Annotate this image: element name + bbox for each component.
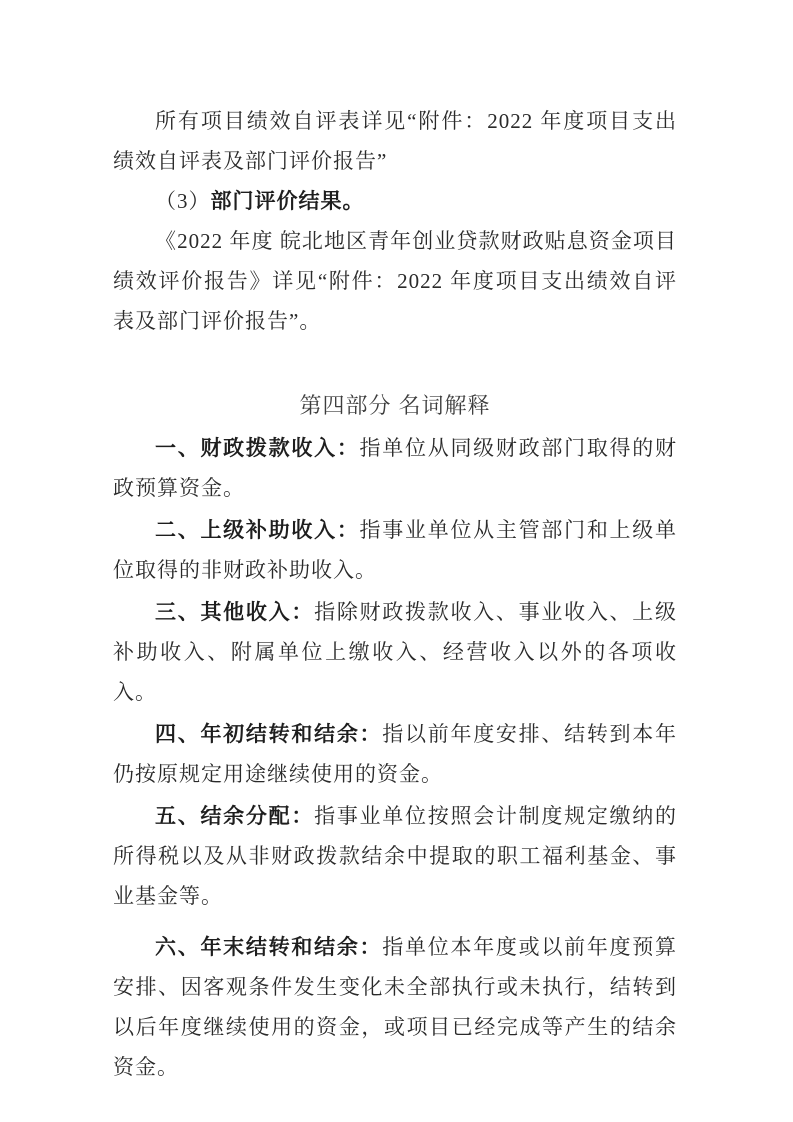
section-heading: 第四部分 名词解释 — [113, 386, 677, 426]
document-page: 所有项目绩效自评表详见“附件：2022 年度项目支出绩效自评表及部门评价报告”（… — [0, 0, 793, 1122]
text-run: （3） — [155, 189, 211, 213]
term-definition-paragraph: 六、年末结转和结余：指单位本年度或以前年度预算安排、因客观条件发生变化未全部执行… — [113, 927, 677, 1087]
text-run: 第四部分 名词解释 — [299, 393, 490, 418]
bold-text-run: 部门评价结果。 — [211, 189, 365, 213]
bold-text-run: 六、年末结转和结余： — [155, 935, 382, 959]
term-definition-paragraph: 二、上级补助收入：指事业单位从主管部门和上级单位取得的非财政补助收入。 — [113, 510, 677, 590]
bold-text-run: 三、其他收入： — [155, 600, 314, 624]
term-definition-paragraph: 五、结余分配：指事业单位按照会计制度规定缴纳的所得税以及从非财政拨款结余中提取的… — [113, 796, 677, 916]
bold-text-run: 五、结余分配： — [155, 804, 314, 828]
document-content: 所有项目绩效自评表详见“附件：2022 年度项目支出绩效自评表及部门评价报告”（… — [113, 101, 677, 1087]
term-definition-paragraph: 三、其他收入：指除财政拨款收入、事业收入、上级补助收入、附属单位上缴收入、经营收… — [113, 592, 677, 712]
bold-text-run: 二、上级补助收入： — [155, 518, 360, 542]
body-paragraph: 《2022 年度 皖北地区青年创业贷款财政贴息资金项目绩效评价报告》详见“附件：… — [113, 221, 677, 341]
bold-text-run: 一、财政拨款收入： — [155, 436, 360, 460]
bold-text-run: 四、年初结转和结余： — [155, 722, 382, 746]
term-definition-paragraph: 四、年初结转和结余：指以前年度安排、结转到本年仍按原规定用途继续使用的资金。 — [113, 714, 677, 794]
body-paragraph: （3）部门评价结果。 — [113, 181, 677, 221]
text-run: 《2022 年度 皖北地区青年创业贷款财政贴息资金项目绩效评价报告》详见“附件：… — [113, 229, 677, 333]
text-run: 所有项目绩效自评表详见“附件：2022 年度项目支出绩效自评表及部门评价报告” — [113, 109, 677, 173]
term-definition-paragraph: 一、财政拨款收入：指单位从同级财政部门取得的财政预算资金。 — [113, 428, 677, 508]
body-paragraph: 所有项目绩效自评表详见“附件：2022 年度项目支出绩效自评表及部门评价报告” — [113, 101, 677, 181]
